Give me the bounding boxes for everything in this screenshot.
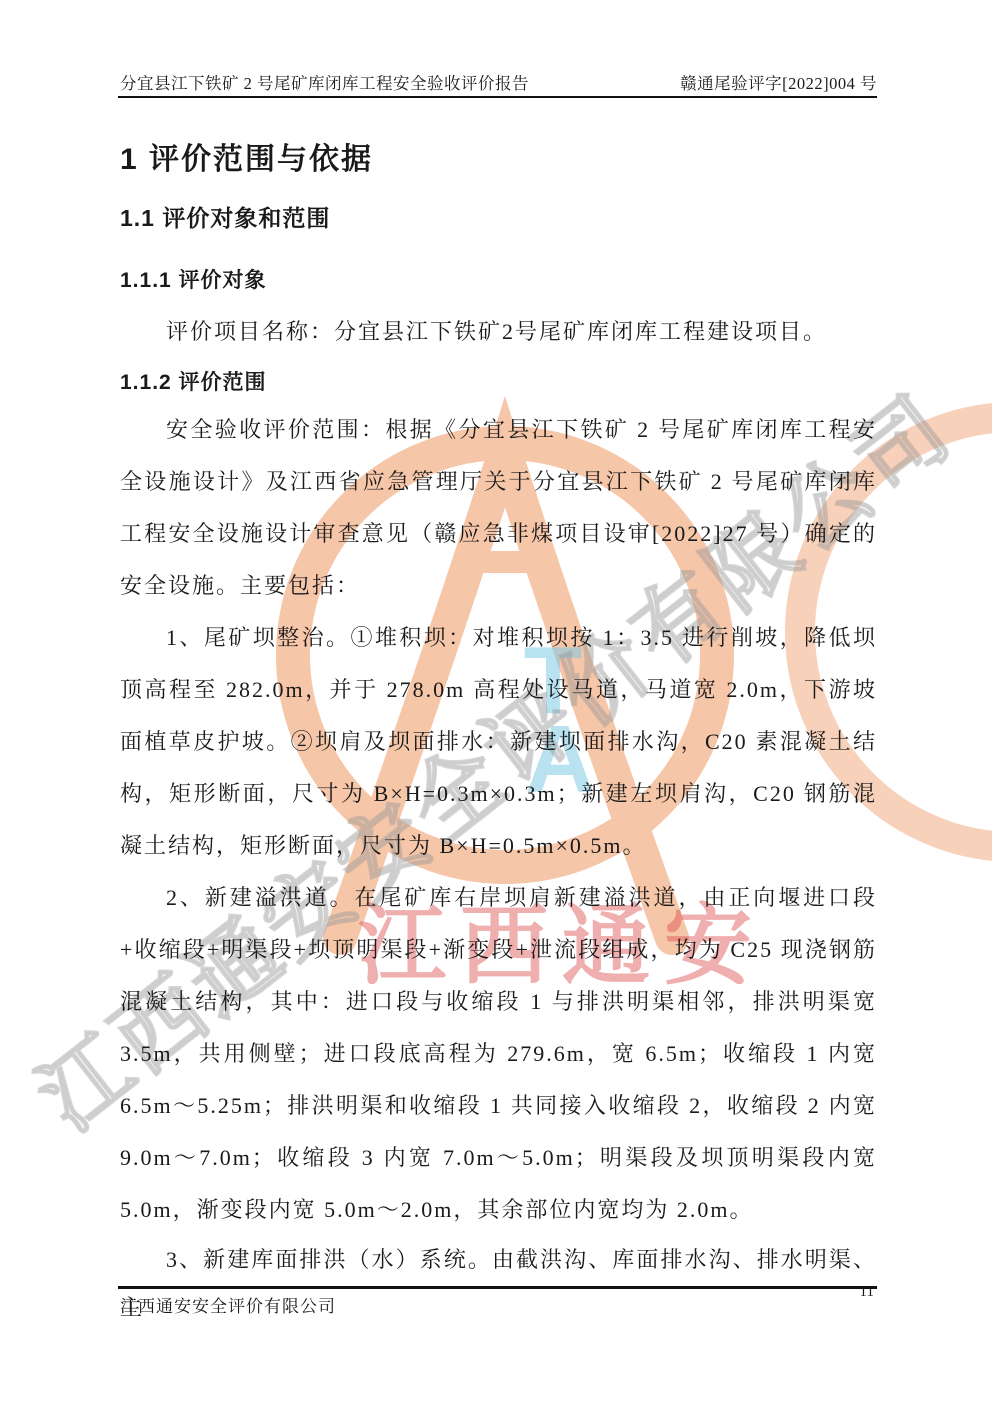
header-doc-number: 赣通尾验评字[2022]004 号 [680,70,877,94]
page-number: 11 [860,1284,874,1301]
paragraph-scope-basis: 安全验收评价范围：根据《分宜县江下铁矿 2 号尾矿库闭库工程安全设施设计》及江西… [120,404,877,612]
subsubsection-title-evaluation-object: 1.1.1 评价对象 [120,264,877,294]
paragraph-evaluation-project-name: 评价项目名称：分宜县江下铁矿2号尾矿库闭库工程建设项目。 [120,306,877,358]
subsubsection-title-evaluation-scope: 1.1.2 评价范围 [120,366,877,396]
report-page: T A 江西通安 江西通安安全评价有限公司 分宜县江下铁矿 2 号尾矿库闭库工程… [0,0,992,1403]
page-header: 分宜县江下铁矿 2 号尾矿库闭库工程安全验收评价报告 赣通尾验评字[2022]0… [120,70,877,94]
header-rule [118,96,877,98]
page-footer: 江西通安安全评价有限公司 [120,1292,877,1316]
paragraph-item3-drainage-system: 3、新建库面排洪（水）系统。由截洪沟、库面排水沟、排水明渠、主 [120,1236,877,1332]
paragraph-item1-dam-remediation: 1、尾矿坝整治。①堆积坝：对堆积坝按 1：3.5 进行削坡，降低坝顶高程至 28… [120,612,877,872]
header-report-title: 分宜县江下铁矿 2 号尾矿库闭库工程安全验收评价报告 [120,70,529,94]
footer-rule [118,1286,877,1289]
document-content: 分宜县江下铁矿 2 号尾矿库闭库工程安全验收评价报告 赣通尾验评字[2022]0… [0,0,992,1403]
subsection-title: 1.1 评价对象和范围 [120,200,877,233]
section-title: 1 评价范围与依据 [120,134,877,178]
paragraph-item2-spillway: 2、新建溢洪道。在尾矿库右岸坝肩新建溢洪道，由正向堰进口段+收缩段+明渠段+坝顶… [120,872,877,1236]
footer-company-name: 江西通安安全评价有限公司 [120,1292,336,1317]
